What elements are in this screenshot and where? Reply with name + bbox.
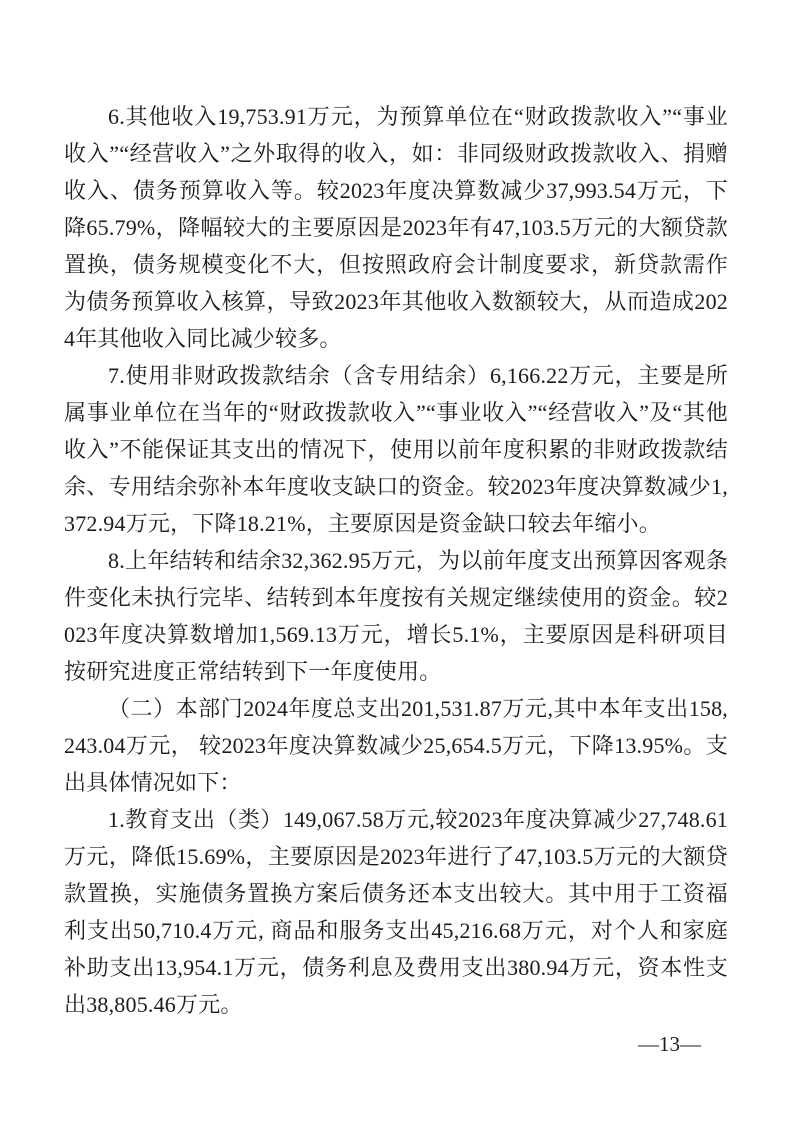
paragraph-non-fiscal-balance: 7.使用非财政拨款结余（含专用结余）6,166.22万元，主要是所属事业单位在当… [64,357,728,542]
paragraph-total-expenditure: （二）本部门2024年度总支出201,531.87万元,其中本年支出158,24… [64,690,728,801]
page-number: —13— [638,1032,701,1056]
paragraph-education-expenditure: 1.教育支出（类）149,067.58万元,较2023年度决算减少27,748.… [64,801,728,1023]
document-body: 6.其他收入19,753.91万元，为预算单位在“财政拨款收入”“事业收入”“经… [64,98,728,1023]
document-page: 6.其他收入19,753.91万元，为预算单位在“财政拨款收入”“事业收入”“经… [0,0,793,1122]
paragraph-carryover: 8.上年结转和结余32,362.95万元，为以前年度支出预算因客观条件变化未执行… [64,542,728,690]
paragraph-other-income: 6.其他收入19,753.91万元，为预算单位在“财政拨款收入”“事业收入”“经… [64,98,728,357]
